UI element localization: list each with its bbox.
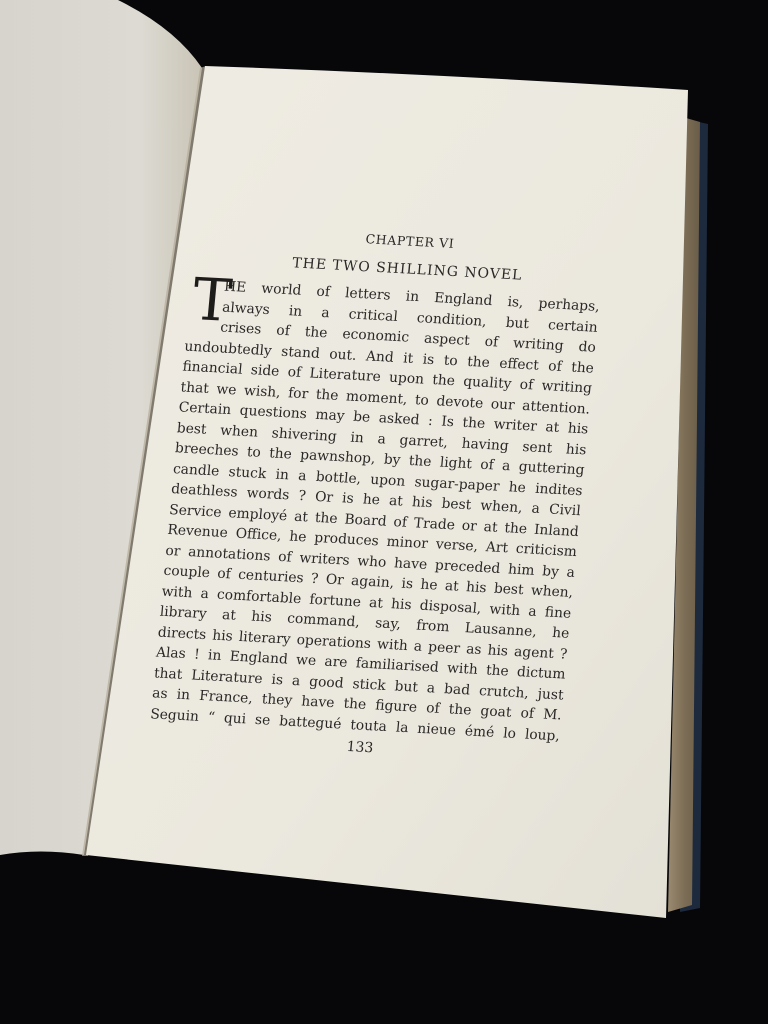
chapter-body: T HE world of letters in England is, per… <box>149 275 600 747</box>
drop-cap: T <box>191 275 234 325</box>
page-text-block: CHAPTER VI THE TWO SHILLING NOVEL T HE w… <box>148 222 606 766</box>
book-photo: CHAPTER VI THE TWO SHILLING NOVEL T HE w… <box>0 0 768 1024</box>
